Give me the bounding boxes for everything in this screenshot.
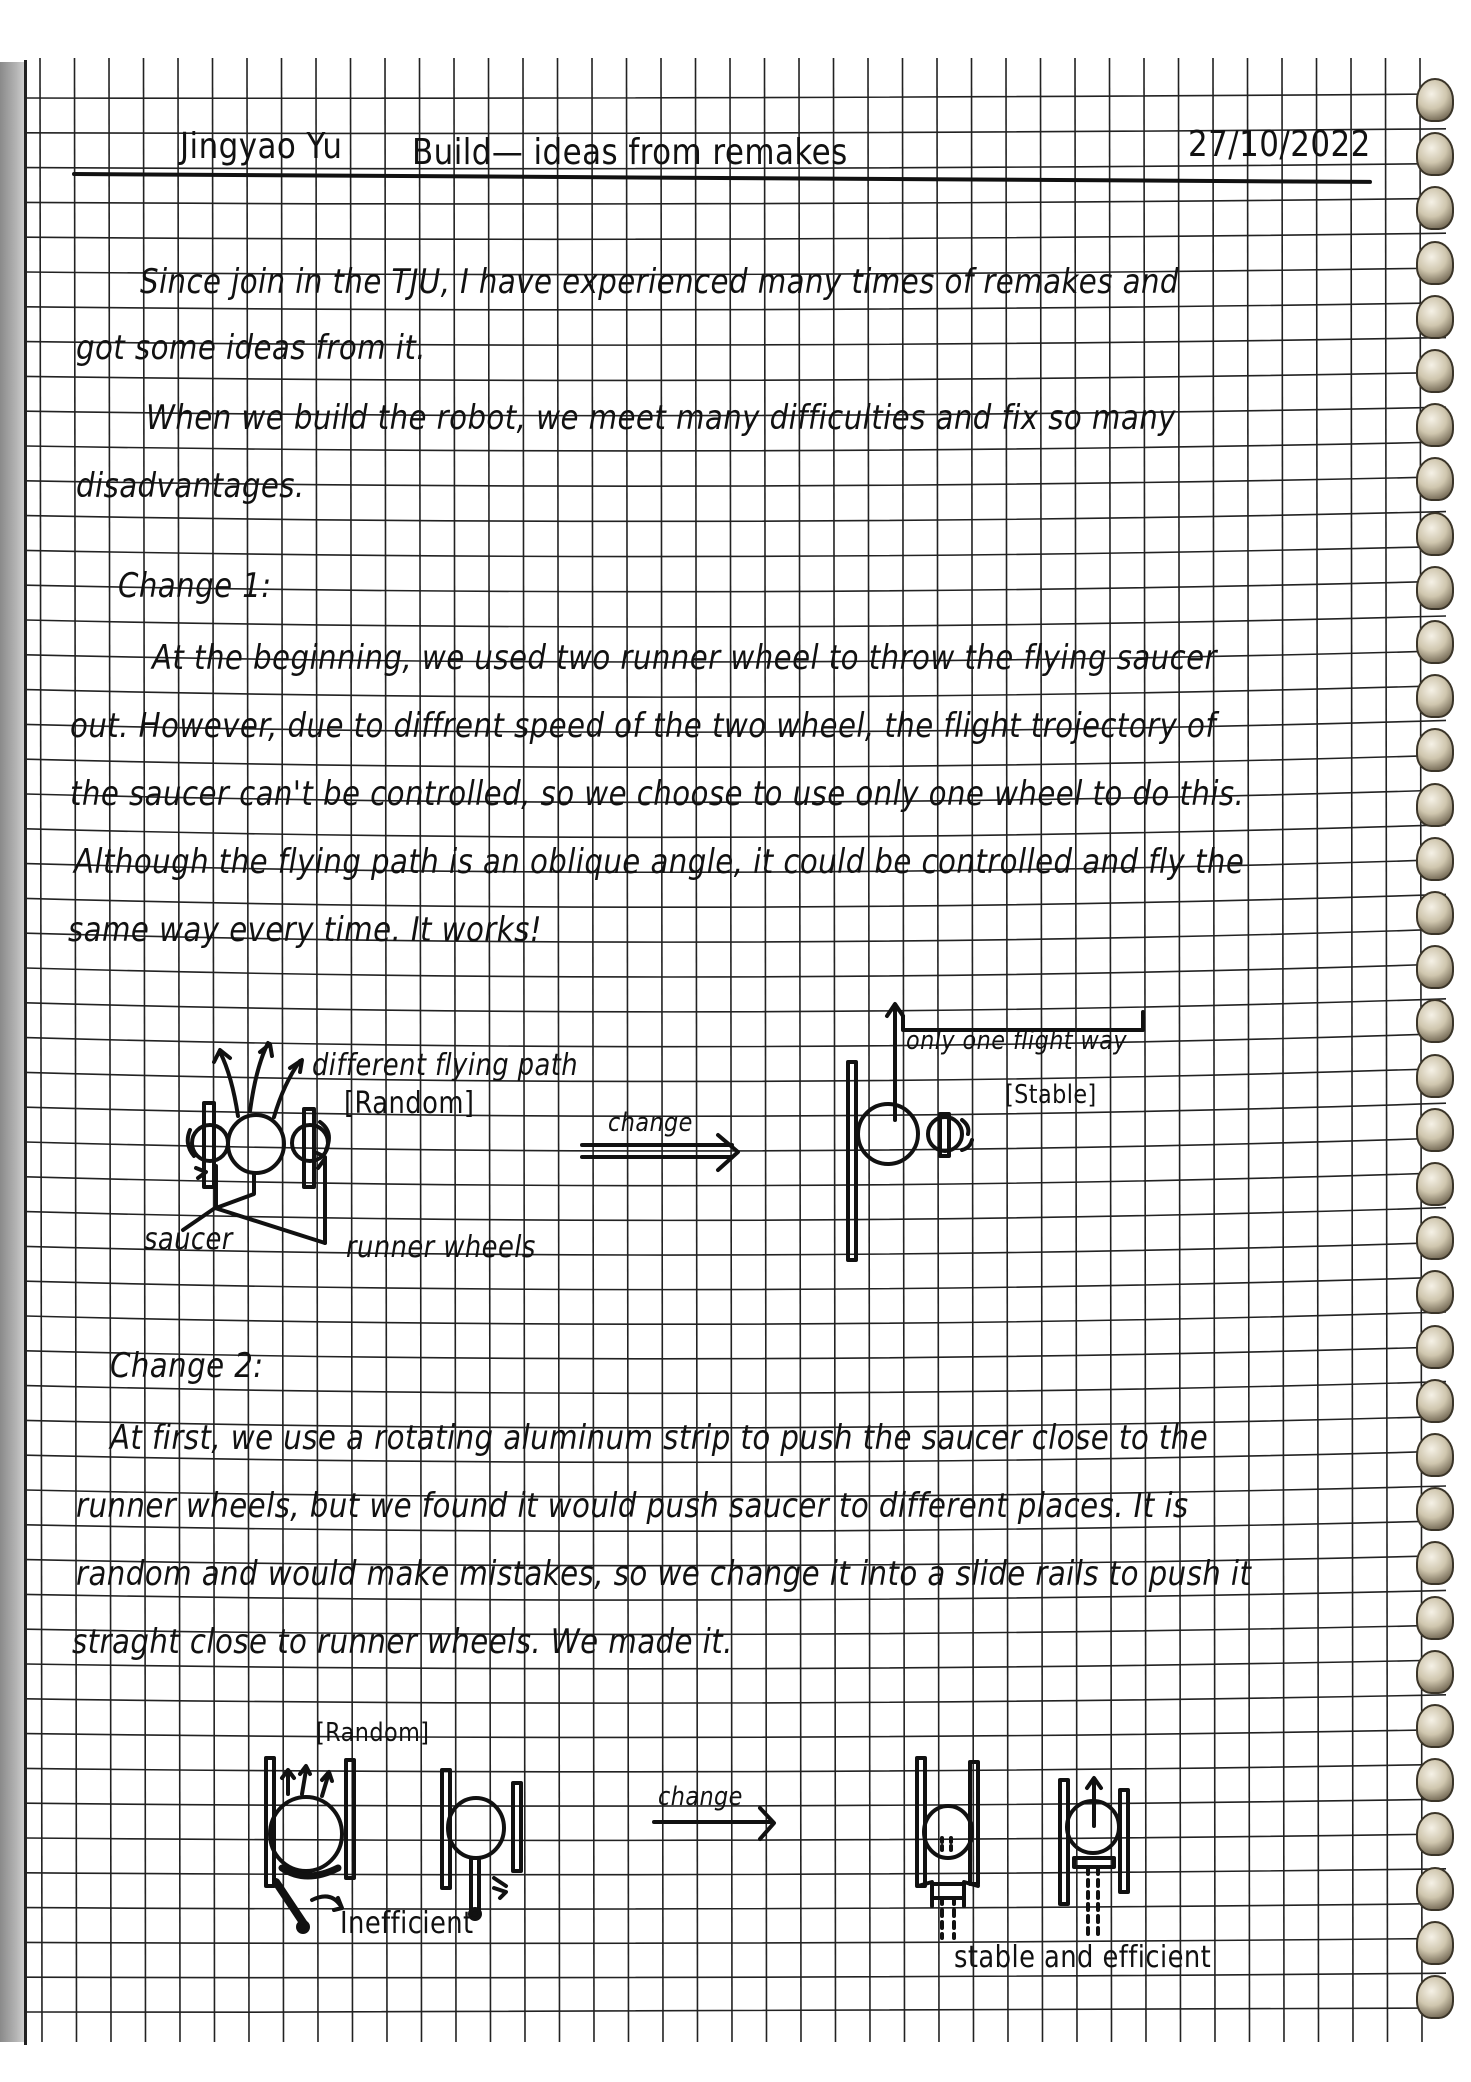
binding-ring-icon: [1416, 728, 1454, 772]
binding-ring-icon: [1416, 1812, 1454, 1856]
binding-ring-icon: [1416, 295, 1454, 339]
binding-ring-icon: [1416, 1379, 1454, 1423]
saucer-icon: [270, 1797, 342, 1871]
binding-ring-icon: [1416, 1108, 1454, 1152]
binding-ring-icon: [1416, 620, 1454, 664]
binding-ring-icon: [1416, 945, 1454, 989]
binding-ring-icon: [1416, 512, 1454, 556]
label-inefficient: Inefficient: [340, 1906, 474, 1941]
binding-ring-icon: [1416, 403, 1454, 447]
label-stable-and-efficient: stable and efficient: [954, 1940, 1211, 1975]
rail-icon: [1060, 1780, 1068, 1904]
binding-ring-icon: [1416, 1054, 1454, 1098]
change-arrow-label: change: [658, 1782, 743, 1812]
binding-ring-icon: [1416, 1325, 1454, 1369]
binding-ring-icon: [1416, 1216, 1454, 1260]
binding-ring-icon: [1416, 1975, 1454, 2019]
binding-ring-icon: [1416, 1541, 1454, 1585]
binding-ring-icon: [1416, 783, 1454, 827]
binding-ring-icon: [1416, 1921, 1454, 1965]
rail-icon: [346, 1760, 354, 1878]
binding-ring-icon: [1416, 1433, 1454, 1477]
rail-icon: [513, 1783, 521, 1871]
binding-ring-icon: [1416, 891, 1454, 935]
binding-ring-icon: [1416, 132, 1454, 176]
binding-ring-icon: [1416, 1596, 1454, 1640]
binding-ring-icon: [1416, 1270, 1454, 1314]
binding-ring-icon: [1416, 837, 1454, 881]
label-random: [Random]: [316, 1718, 429, 1748]
binding-ring-icon: [1416, 1704, 1454, 1748]
binding-ring-icon: [1416, 566, 1454, 610]
saucer-icon: [448, 1798, 504, 1858]
rail-icon: [1120, 1790, 1128, 1892]
binding-ring-icon: [1416, 1650, 1454, 1694]
binding-ring-icon: [1416, 241, 1454, 285]
binding-ring-icon: [1416, 1162, 1454, 1206]
binding-ring-icon: [1416, 457, 1454, 501]
saucer-icon: [924, 1806, 972, 1858]
binding-ring-icon: [1416, 78, 1454, 122]
change-2-diagram: [0, 0, 1471, 2082]
binding-ring-icon: [1416, 349, 1454, 393]
binding-ring-icon: [1416, 674, 1454, 718]
binding-ring-icon: [1416, 1487, 1454, 1531]
binding-ring-icon: [1416, 1758, 1454, 1802]
binding-ring-icon: [1416, 186, 1454, 230]
binding-ring-icon: [1416, 1867, 1454, 1911]
binding-ring-icon: [1416, 999, 1454, 1043]
